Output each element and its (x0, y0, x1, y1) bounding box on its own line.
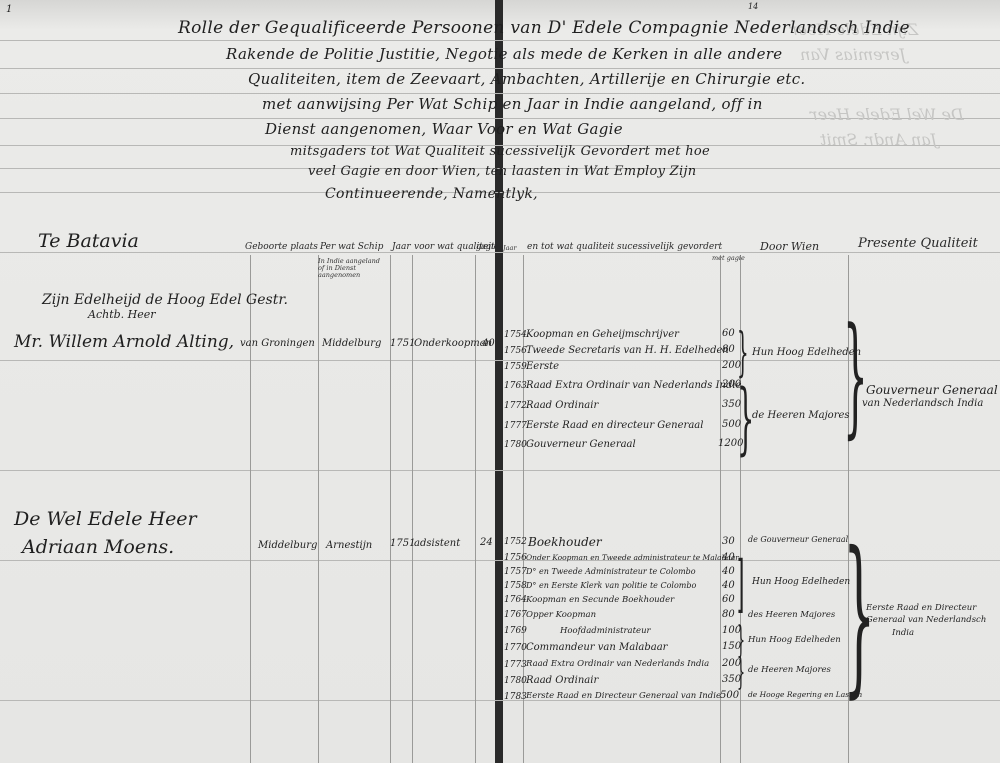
ruled-line (0, 40, 1000, 41)
career-year: 1773 (504, 660, 527, 670)
career-pay: 60 (722, 328, 735, 339)
bleed-through-text: De Wel Edele Heer (810, 105, 964, 124)
header-birthplace: Geboorte plaats (245, 242, 318, 252)
header-successive-quality: en tot wat qualiteit sucessivelijk gevor… (527, 242, 722, 252)
career-year: 1763 (504, 381, 527, 391)
career-rank: Tweede Secretaris van H. H. Edelheden (526, 345, 729, 356)
career-rank: Boekhouder (528, 535, 602, 549)
header-rule (0, 252, 1000, 253)
appointed-by: Hun Hoog Edelheden (748, 635, 841, 645)
career-rank: Raad Ordinair (526, 400, 598, 411)
career-rank: Hoofdadministrateur (560, 626, 651, 636)
career-year: 1759 (504, 362, 527, 372)
initial-pay: 40 (482, 338, 495, 349)
bleed-through-text: Jeremias Van (800, 45, 906, 64)
header-appointed-by: Door Wien (760, 240, 819, 253)
header-ship: Per wat Schip (320, 242, 383, 252)
title-line-2: Rakende de Politie Justitie, Negotie als… (226, 45, 782, 63)
title-line-4: met aanwijsing Per Wat Schip en Jaar in … (262, 95, 763, 113)
column-divider (475, 255, 476, 763)
person-name: Mr. Willem Arnold Alting, (14, 332, 234, 352)
career-year: 1772 (504, 401, 527, 411)
honorific-line: De Wel Edele Heer (14, 508, 197, 530)
career-rank: Koopman en Secunde Boekhouder (526, 595, 674, 605)
column-divider (318, 255, 319, 763)
career-year: 1752 (504, 537, 527, 547)
present-quality: Gouverneur Generaal (866, 383, 998, 397)
ruled-line (0, 68, 1000, 69)
ruled-line (0, 93, 1000, 94)
title-line-7: veel Gagie en door Wien, ten laasten in … (308, 164, 696, 179)
appointed-by: de Heeren Majores (752, 410, 850, 421)
brace-icon: } (737, 652, 745, 693)
header-pay-2: met gagie (712, 254, 745, 262)
career-rank: Gouverneur Generaal (526, 439, 636, 450)
column-divider (412, 255, 413, 763)
appointed-by: des Heeren Majores (748, 610, 835, 620)
career-year: 1756 (504, 346, 527, 356)
appointed-by: de Heeren Majores (748, 665, 831, 675)
career-pay: 40 (722, 566, 735, 577)
title-line-5: Dienst aangenomen, Waar Voor en Wat Gagi… (265, 120, 623, 138)
career-rank: Commandeur van Malabaar (526, 642, 667, 653)
career-pay: 80 (722, 609, 735, 620)
career-pay: 40 (722, 580, 735, 591)
birthplace: Middelburg (258, 540, 317, 551)
career-rank: Raad Ordinair (526, 675, 598, 686)
career-rank: Raad Extra Ordinair van Nederlands India (526, 659, 709, 669)
book-gutter (495, 0, 503, 763)
year: 1751 (390, 538, 415, 549)
brace-icon: ] (737, 547, 744, 620)
career-year: 1777 (504, 421, 527, 431)
career-rank: Koopman en Geheijmschrijver (526, 329, 679, 340)
career-year: 1767 (504, 610, 527, 620)
present-quality: Generaal van Nederlandsch (866, 615, 986, 625)
appointed-by: Hun Hoog Edelheden (752, 577, 850, 587)
brace-icon: } (843, 320, 868, 430)
initial-rank: Onderkoopman (414, 338, 492, 349)
career-rank: Opper Koopman (526, 610, 596, 620)
career-rank: Eerste Raad en Directeur Generaal van In… (526, 691, 721, 701)
present-quality: van Nederlandsch India (862, 398, 983, 409)
title-line-8: Continueerende, Namentlyk, (325, 186, 538, 202)
folio-mark: 14 (748, 2, 758, 11)
honorific-line: Zijn Edelheijd de Hoog Edel Gestr. (42, 292, 288, 308)
career-year: 1780 (504, 676, 527, 686)
bleed-through-text: Jan Andr. Smit (820, 130, 937, 149)
title-line-3: Qualiteiten, item de Zeevaart, Ambachten… (248, 70, 806, 88)
birthplace: van Groningen (240, 338, 315, 349)
career-year: 1780 (504, 440, 527, 450)
career-pay: 40 (722, 552, 735, 563)
career-rank: D° en Eerste Klerk van politie te Colomb… (526, 581, 696, 590)
ruled-line (0, 470, 1000, 471)
section-heading: Te Batavia (38, 230, 139, 252)
career-year: 1757 (504, 567, 527, 577)
career-year: 1783 (504, 692, 527, 702)
career-rank: Eerste (526, 361, 559, 372)
career-pay: 60 (722, 594, 735, 605)
column-divider (250, 255, 251, 763)
initial-rank: adsistent (414, 538, 460, 549)
honorific-line: Achtb. Heer (88, 308, 156, 321)
ship: Middelburg (322, 338, 381, 349)
career-pay: 80 (722, 344, 735, 355)
year: 1751 (390, 338, 415, 349)
header-ship-note: In Indie aangeland of in Dienst aangenom… (318, 258, 388, 279)
title-line-6: mitsgaders tot Wat Qualiteit sucessiveli… (290, 144, 710, 159)
header-present-quality: Presente Qualiteit (858, 236, 978, 251)
career-rank: Raad Extra Ordinair van Nederlands Indie (526, 380, 742, 391)
career-rank: Onder Koopman en Tweede administrateur t… (526, 553, 739, 562)
page-number: 1 (6, 4, 12, 15)
appointed-by: de Gouverneur Generaal (748, 535, 848, 544)
career-year: 1770 (504, 643, 527, 653)
ship: Arnestijn (326, 540, 372, 551)
career-rank: Eerste Raad en directeur Generaal (526, 420, 703, 431)
column-divider (390, 255, 391, 763)
present-quality: India (892, 628, 914, 638)
initial-pay: 24 (480, 537, 493, 548)
career-pay: 30 (722, 536, 735, 547)
person-name: Adriaan Moens. (22, 536, 174, 558)
column-divider (720, 255, 721, 763)
title-line-1: Rolle der Gequalificeerde Persoonen van … (178, 18, 910, 38)
present-quality: Eerste Raad en Directeur (866, 603, 976, 613)
header-pay: gagie (476, 242, 498, 251)
career-rank: D° en Tweede Administrateur te Colombo (526, 567, 696, 576)
career-year: 1758 (504, 581, 527, 591)
career-year: 1754 (504, 330, 527, 340)
left-page (0, 0, 498, 763)
career-year: 1769 (504, 626, 527, 636)
career-year: 1764 (504, 595, 527, 605)
header-year-2: Jaar (503, 244, 516, 252)
career-year: 1756 (504, 553, 527, 563)
header-year: Jaar (392, 242, 411, 252)
